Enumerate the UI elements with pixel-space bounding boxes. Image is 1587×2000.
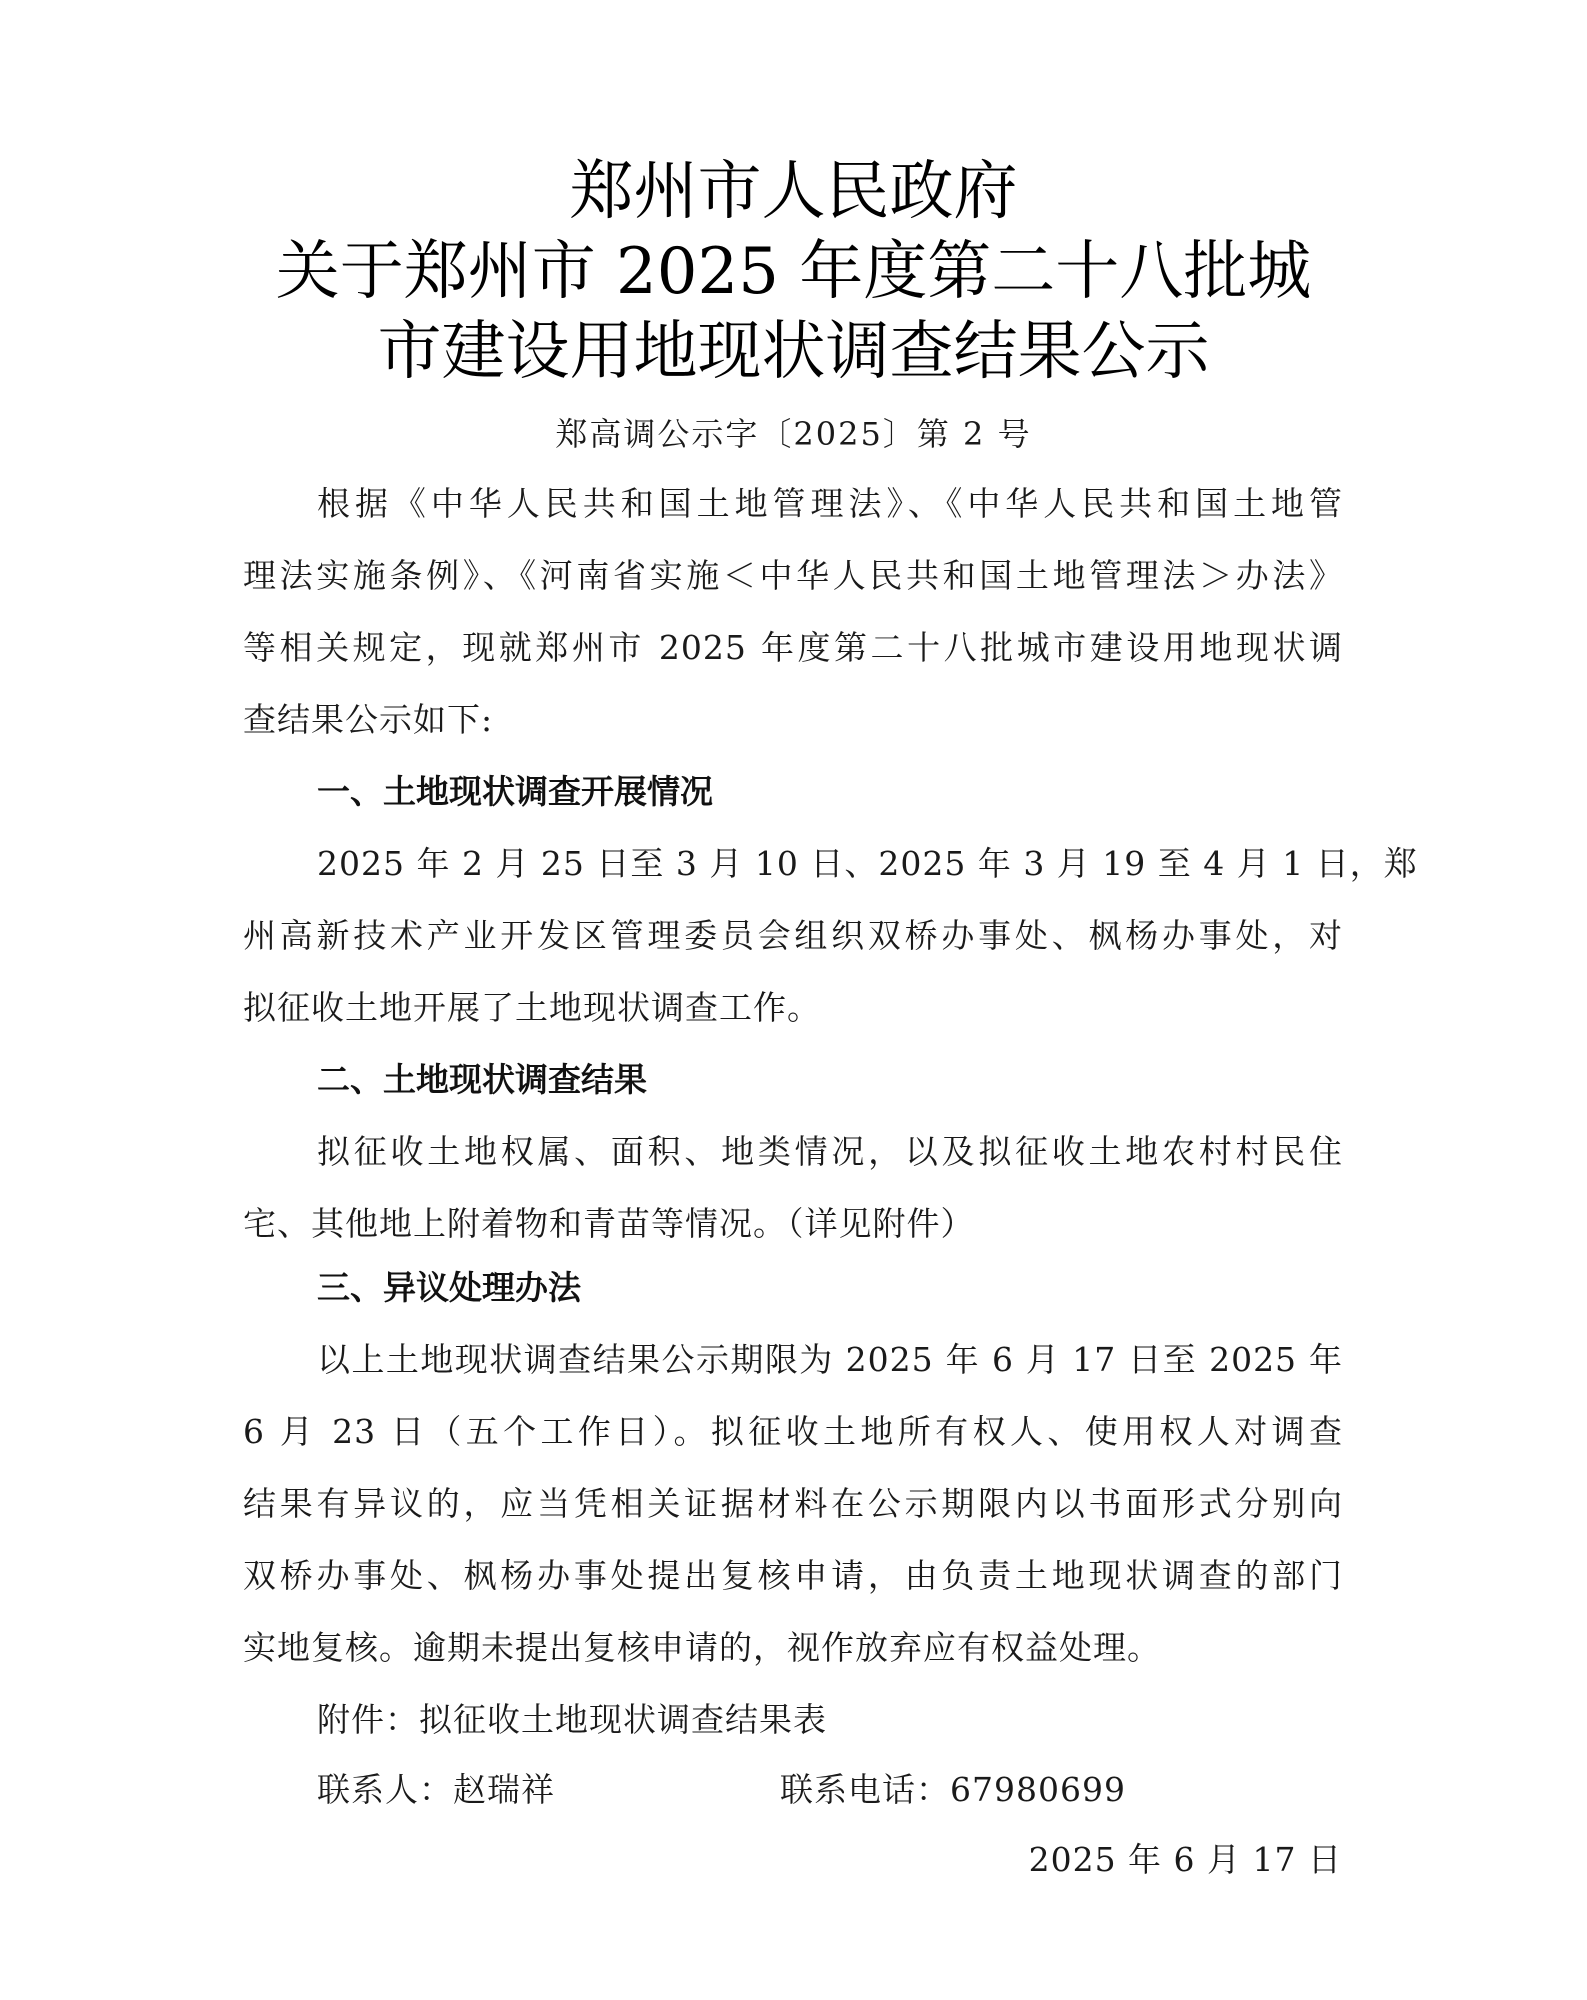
contact-phone: 联系电话：67980699 [780,1770,1126,1810]
section-3-line: 以上土地现状调查结果公示期限为 2025 年 6 月 17 日至 2025 年 [317,1340,1343,1380]
section-1-line: 拟征收土地开展了土地现状调查工作。 [243,988,1343,1028]
issue-date: 2025 年 6 月 17 日 [1029,1840,1342,1880]
attachment-note: 附件：拟征收土地现状调查结果表 [317,1700,827,1740]
section-heading-1: 一、土地现状调查开展情况 [317,772,713,812]
section-1-line: 州高新技术产业开发区管理委员会组织双桥办事处、枫杨办事处，对 [243,916,1343,956]
section-3-line: 双桥办事处、枫杨办事处提出复核申请，由负责土地现状调查的部门 [243,1556,1343,1596]
intro-line: 根据《中华人民共和国土地管理法》、《中华人民共和国土地管 [317,484,1343,524]
title-line-1: 郑州市人民政府 [0,152,1587,232]
section-heading-2: 二、土地现状调查结果 [317,1060,647,1100]
section-2-line: 宅、其他地上附着物和青苗等情况。（详见附件） [243,1204,1343,1244]
section-1-line: 2025 年 2 月 25 日至 3 月 10 日、2025 年 3 月 19 … [317,844,1343,884]
section-3-line: 6 月 23 日（五个工作日）。拟征收土地所有权人、使用权人对调查 [243,1412,1343,1452]
title-line-2: 关于郑州市 2025 年度第二十八批城 [0,232,1587,312]
document-page: 郑州市人民政府 关于郑州市 2025 年度第二十八批城 市建设用地现状调查结果公… [0,0,1587,2000]
section-heading-3: 三、异议处理办法 [317,1268,581,1308]
intro-line: 等相关规定，现就郑州市 2025 年度第二十八批城市建设用地现状调 [243,628,1343,668]
intro-line: 查结果公示如下: [243,700,1343,740]
document-number: 郑高调公示字〔2025〕第 2 号 [0,414,1587,454]
section-3-line: 实地复核。逾期未提出复核申请的，视作放弃应有权益处理。 [243,1628,1343,1668]
title-line-3: 市建设用地现状调查结果公示 [0,312,1587,392]
section-3-line: 结果有异议的，应当凭相关证据材料在公示期限内以书面形式分别向 [243,1484,1343,1524]
intro-line: 理法实施条例》、《河南省实施＜中华人民共和国土地管理法＞办法》 [243,556,1343,596]
section-2-line: 拟征收土地权属、面积、地类情况，以及拟征收土地农村村民住 [317,1132,1343,1172]
contact-person: 联系人：赵瑞祥 [317,1770,555,1810]
